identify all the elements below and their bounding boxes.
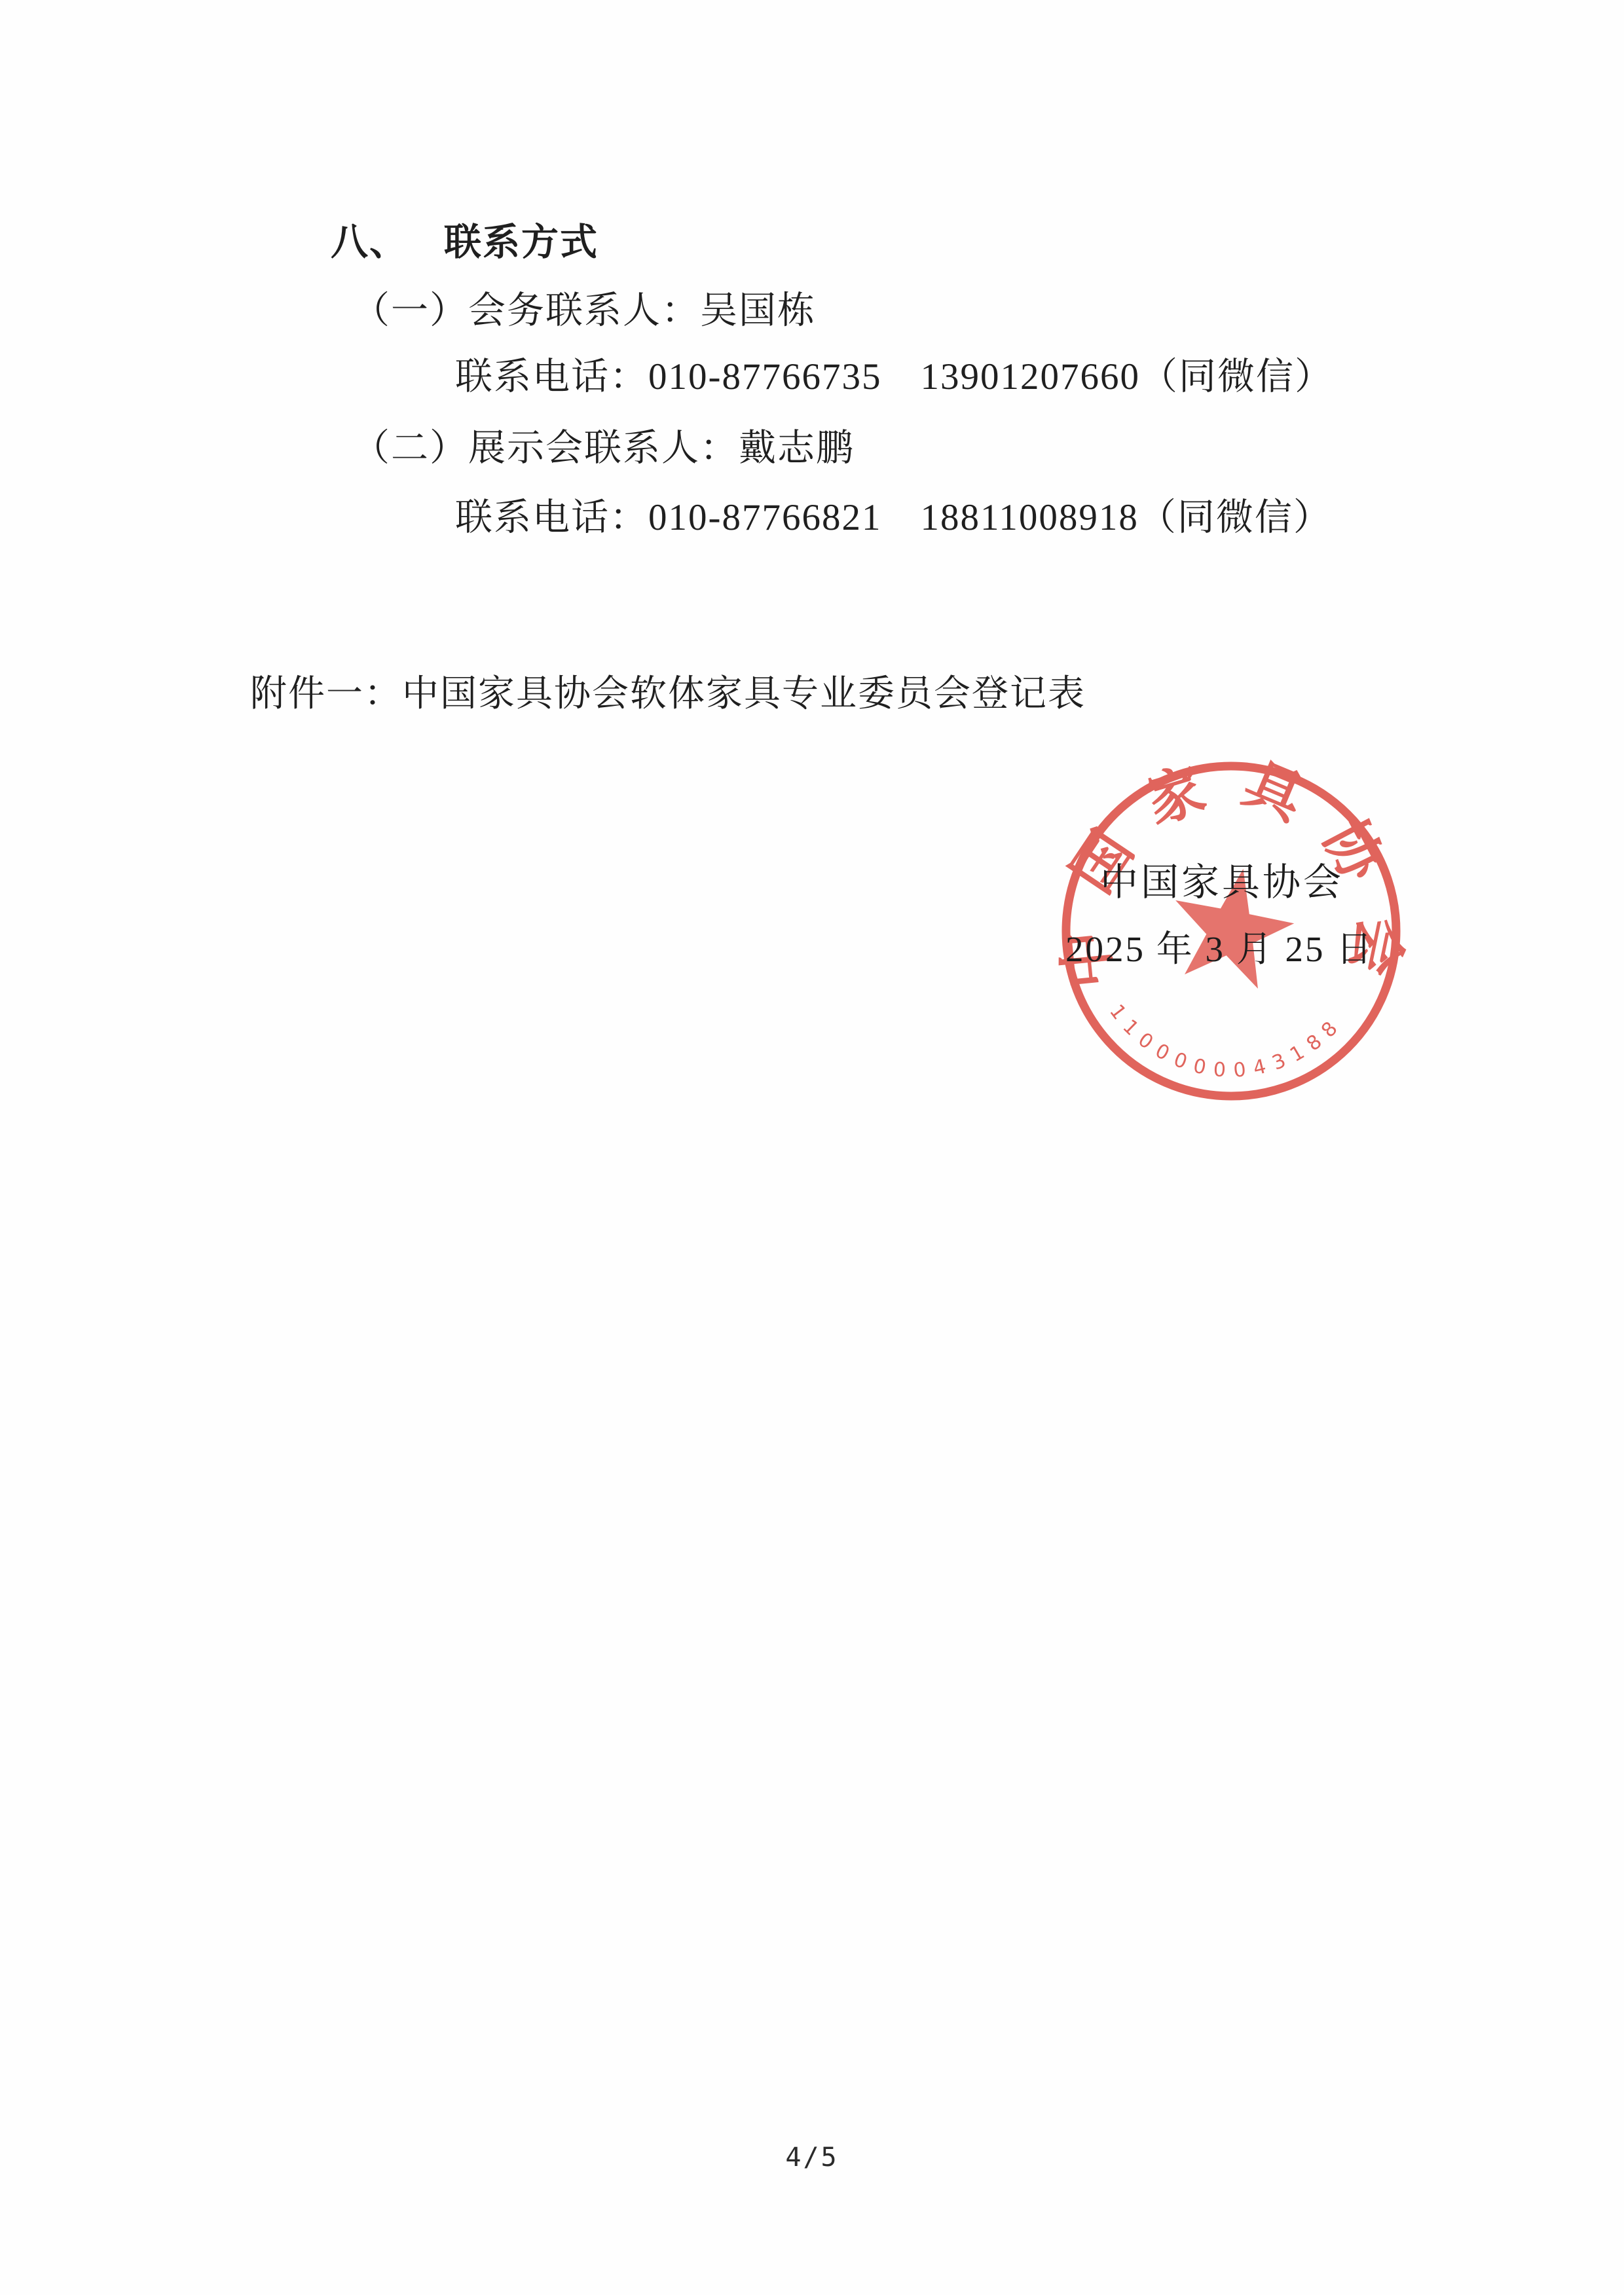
section-title: 联系方式: [444, 222, 599, 263]
page-number: 4/5: [0, 2142, 1624, 2173]
signature-org: 中国家具协会: [1100, 862, 1344, 904]
contact-1-phone-line: 联系电话：010-87766735 13901207660（同微信）: [455, 356, 1333, 399]
contact-2-phone-line: 联系电话：010-87766821 18811008918（同微信）: [455, 496, 1332, 540]
contact-1-name-line: （一）会务联系人：吴国栋: [352, 289, 816, 333]
section-number: 八、: [331, 222, 408, 263]
attachment-line: 附件一：中国家具协会软体家具专业委员会登记表: [250, 673, 1086, 715]
signature-date: 2025 年 3 月 25 日: [1065, 930, 1374, 970]
document-page: 八、联系方式 （一）会务联系人：吴国栋 联系电话：010-87766735 13…: [0, 0, 1624, 2295]
contact-2-name-line: （二）展示会联系人：戴志鹏: [352, 427, 855, 470]
section-heading: 八、联系方式: [331, 221, 599, 265]
